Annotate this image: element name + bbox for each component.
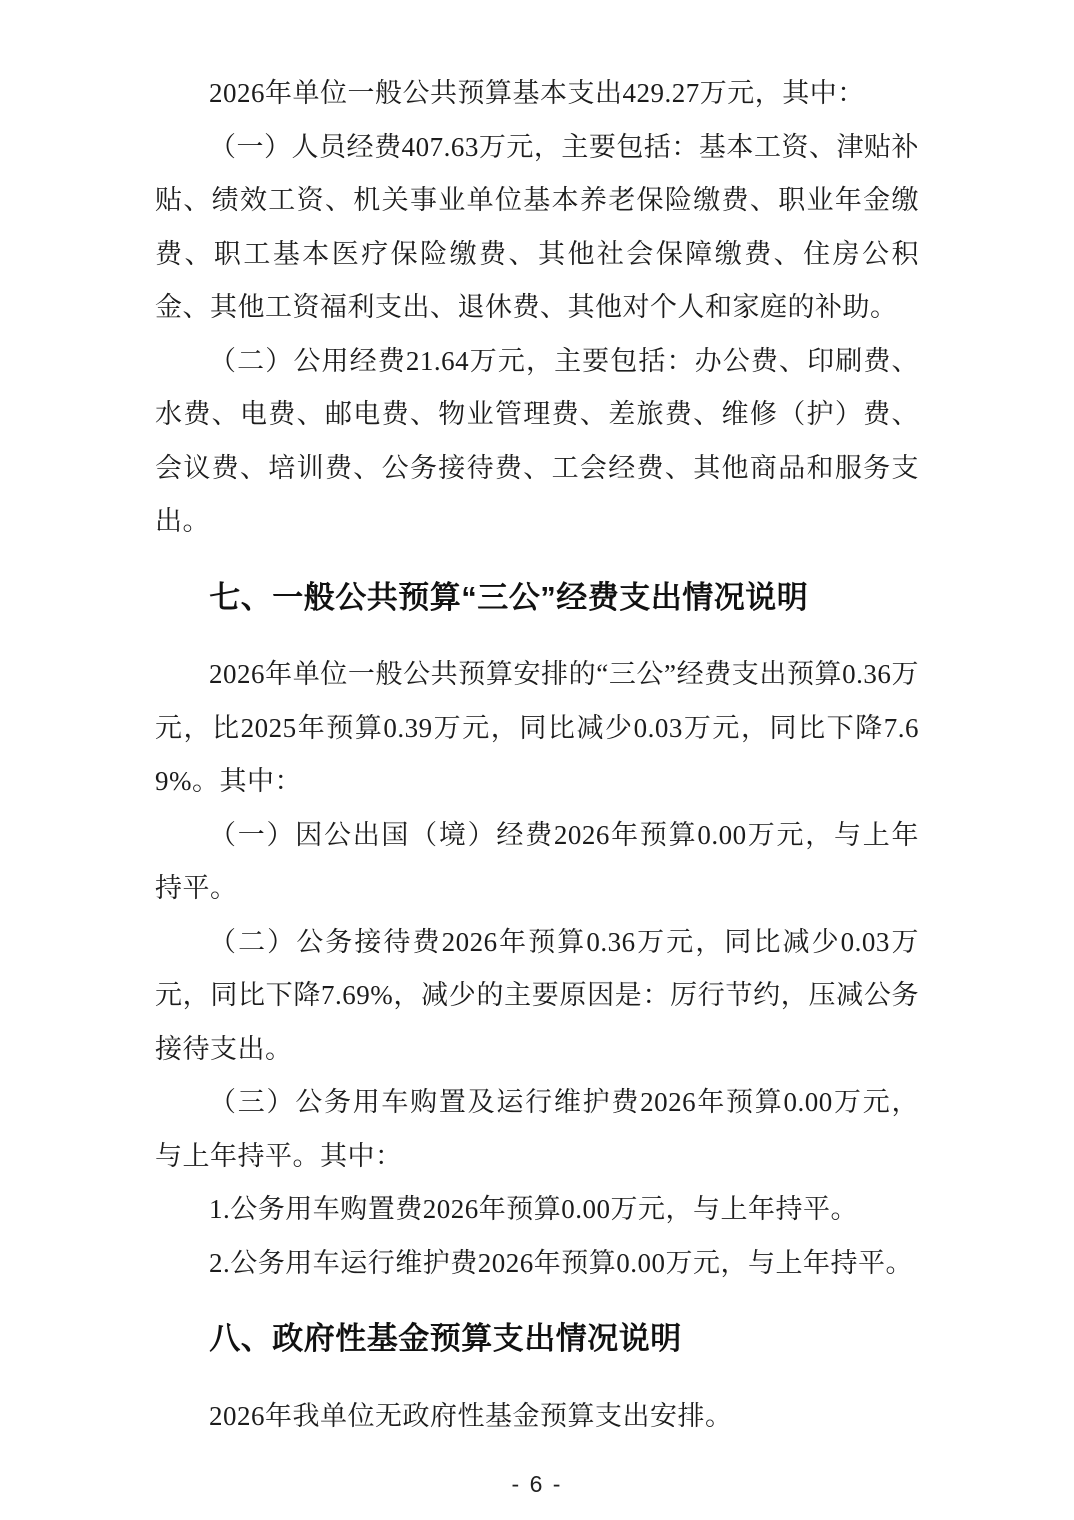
paragraph-no-government-fund-budget: 2026年我单位无政府性基金预算支出安排。: [155, 1390, 919, 1444]
paragraph-personnel-expenses: （一）人员经费407.63万元，主要包括：基本工资、津贴补贴、绩效工资、机关事业…: [155, 121, 919, 335]
page-number: - 6 -: [0, 1471, 1074, 1498]
paragraph-public-expenses: （二）公用经费21.64万元，主要包括：办公费、印刷费、水费、电费、邮电费、物业…: [155, 335, 919, 549]
paragraph-official-vehicle-expenses: （三）公务用车购置及运行维护费2026年预算0.00万元，与上年持平。其中：: [155, 1076, 919, 1183]
paragraph-vehicle-purchase-fee: 1.公务用车购置费2026年预算0.00万元，与上年持平。: [155, 1183, 919, 1237]
paragraph-vehicle-operation-maintenance-fee: 2.公务用车运行维护费2026年预算0.00万元，与上年持平。: [155, 1237, 919, 1291]
document-page: 2026年单位一般公共预算基本支出429.27万元，其中： （一）人员经费407…: [0, 0, 1074, 1520]
section-heading-seven-three-public-funds: 七、一般公共预算“三公”经费支出情况说明: [155, 571, 919, 625]
paragraph-three-public-budget-summary: 2026年单位一般公共预算安排的“三公”经费支出预算0.36万元，比2025年预…: [155, 648, 919, 809]
paragraph-overseas-travel-expenses: （一）因公出国（境）经费2026年预算0.00万元，与上年持平。: [155, 809, 919, 916]
section-heading-eight-government-fund-budget: 八、政府性基金预算支出情况说明: [155, 1312, 919, 1366]
paragraph-basic-expenditure-total: 2026年单位一般公共预算基本支出429.27万元，其中：: [155, 67, 919, 121]
paragraph-official-reception-expenses: （二）公务接待费2026年预算0.36万元，同比减少0.03万元，同比下降7.6…: [155, 916, 919, 1077]
